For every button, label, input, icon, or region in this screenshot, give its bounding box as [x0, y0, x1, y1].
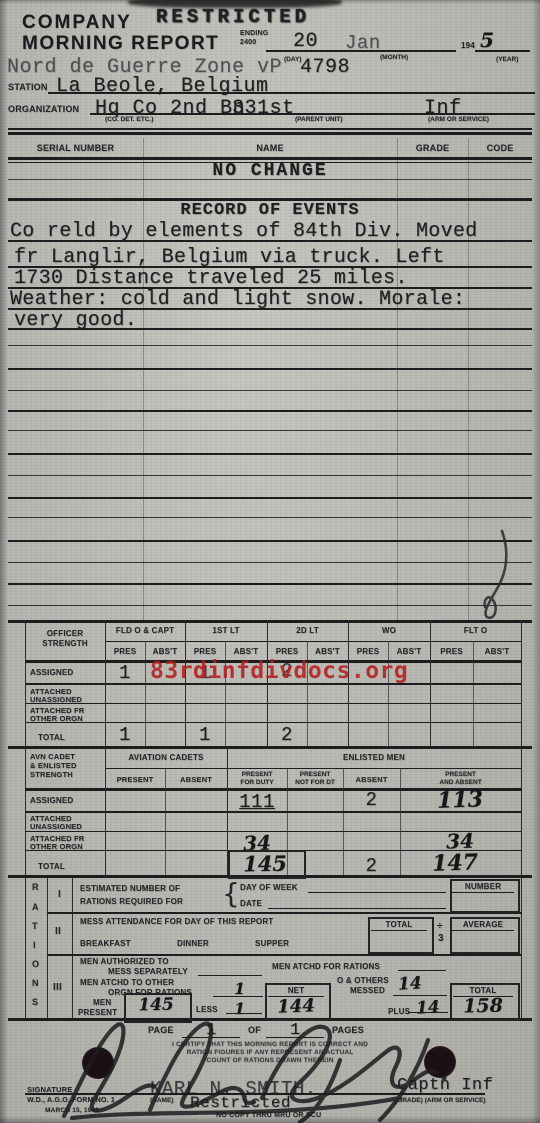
organization-parent: 331st: [232, 97, 295, 120]
ruled-line: [8, 430, 532, 431]
officer-table-top: [8, 620, 532, 623]
rations-letter-o: O: [32, 959, 39, 969]
officer-group-1stlt: 1ST LT: [185, 626, 267, 635]
ruled-line: [8, 390, 532, 391]
enlisted-total-pa: 147: [415, 849, 496, 878]
rations-letter-t: T: [32, 921, 38, 931]
col-code: CODE: [468, 143, 532, 153]
officer-row-attached-unassigned-2: UNASSIGNED: [30, 695, 82, 704]
officer-group-2dlt: 2D LT: [267, 626, 348, 635]
officer-pres-5: PRES: [430, 647, 473, 656]
organization-line: [90, 113, 535, 115]
rations-date: DATE: [240, 899, 262, 908]
men-present-1: MEN: [93, 998, 111, 1007]
edge-shadow-right: [532, 0, 540, 1123]
rations-letter-n: N: [32, 978, 39, 988]
record-rule-1: [8, 240, 532, 242]
enlisted-assigned-pa: 113: [420, 786, 501, 815]
enlisted-col-label: [105, 748, 106, 875]
oc-others-1: O & OTHERS: [337, 976, 389, 985]
date-blank: [268, 908, 446, 909]
ruled-line: [8, 540, 532, 542]
day-of-week-blank: [308, 892, 446, 893]
number-box-rule: [452, 892, 514, 893]
year-printed: 194: [461, 41, 475, 50]
men-authorized-1: MEN AUTHORIZED TO: [80, 957, 169, 966]
ruled-line: [8, 517, 532, 518]
enlisted-assigned-pfd: 111: [227, 791, 287, 813]
pen-squiggle-mark: [470, 525, 520, 625]
form-title-morning-report: MORNING REPORT: [22, 33, 219, 55]
rations-estimated-2: RATIONS REQUIRED FOR: [80, 897, 183, 906]
officer-abst-1: ABS'T: [145, 647, 185, 656]
officer-col: [225, 641, 226, 746]
arm-service-label: (ARM OR SERVICE): [428, 116, 489, 123]
net-box-label: NET: [265, 986, 327, 995]
site-watermark: 83rdinfdivdocs.org: [150, 658, 408, 684]
form-title-company: COMPANY: [22, 12, 132, 34]
officer-total-1stlt-pres: 1: [185, 724, 225, 746]
date-blank-line: [266, 50, 456, 52]
officer-col: [307, 641, 308, 746]
rations-letter-i: I: [33, 940, 36, 950]
record-of-events-title: RECORD OF EVENTS: [143, 201, 397, 220]
men-atchd-other-blank: [213, 996, 263, 997]
col-present-and-absent-2: AND ABSENT: [400, 779, 521, 786]
rations-col-numerals: [72, 878, 73, 1020]
mess-attendance-title: MESS ATTENDANCE FOR DAY OF THIS REPORT: [80, 917, 273, 926]
ruled-line: [8, 583, 532, 585]
ending-time: 2400: [240, 39, 256, 46]
enlisted-corner-3: STRENGTH: [30, 770, 73, 779]
officer-row-assigned: ASSIGNED: [30, 668, 73, 677]
officer-assigned-fld-pres: 1: [105, 662, 145, 684]
officer-subhdr-rule: [105, 641, 522, 642]
rations-roman-2: II: [55, 926, 61, 937]
officer-group-wo: WO: [348, 626, 430, 635]
men-atchd-other-1: MEN ATCHD TO OTHER: [80, 978, 174, 987]
officer-abst-5: ABS'T: [473, 647, 521, 656]
officer-group-flto: FLT O: [430, 626, 521, 635]
month-label: (MONTH): [380, 54, 408, 61]
edge-shadow-left: [0, 0, 8, 1123]
station-value: La Beole, Belgium: [56, 75, 269, 98]
ruled-line: [8, 497, 532, 499]
col-grade: GRADE: [397, 143, 468, 153]
restricted-stamp: RESTRICTED: [156, 6, 310, 28]
divide-by: 3: [438, 933, 444, 944]
officer-row-total: TOTAL: [38, 733, 65, 742]
rations-col-letters: [47, 878, 48, 1020]
col-enlisted-absent: ABSENT: [343, 775, 400, 784]
enlisted-assigned-absent: 2: [343, 789, 400, 811]
officer-row-rule-3: [25, 722, 522, 723]
organization-label: ORGANIZATION: [8, 104, 79, 114]
record-rule-5: [8, 328, 532, 330]
enlisted-row-total: TOTAL: [38, 862, 65, 871]
oc-others-2: MESSED: [350, 986, 385, 995]
average-box-rule: [452, 930, 514, 931]
officer-total-2dlt-pres: 2: [267, 724, 307, 746]
officer-strength-label-1: OFFICER: [25, 629, 105, 638]
officer-row-attached-other-2: OTHER ORGN: [30, 714, 83, 723]
officer-total-fld-pres: 1: [105, 724, 145, 746]
roster-divider-2: [397, 138, 398, 620]
breakfast-label: BREAKFAST: [80, 939, 131, 948]
roster-entry-rule: [8, 179, 532, 180]
officer-right-border: [521, 620, 522, 1020]
roster-divider-3: [468, 138, 469, 620]
enlisted-row-attached-unassigned-2: UNASSIGNED: [30, 822, 82, 831]
enlisted-total-absent: 2: [343, 855, 400, 877]
parent-unit-label: (PARENT UNIT): [295, 116, 343, 123]
dinner-label: DINNER: [177, 939, 209, 948]
oc-others-value: 14: [397, 973, 422, 994]
handwritten-signature: [0, 1010, 540, 1123]
col-present-not-for-duty-2: NOT FOR DT: [287, 779, 343, 786]
mess-total-label: TOTAL: [368, 920, 430, 929]
men-atchd-rations-blank: [398, 970, 446, 971]
supper-label: SUPPER: [255, 939, 289, 948]
men-atchd-rations: MEN ATCHD FOR RATIONS: [272, 962, 380, 971]
col-name: NAME: [143, 143, 397, 153]
officer-col-group: [430, 620, 431, 746]
officer-pres-3: PRES: [267, 647, 307, 656]
rations-rule-2: [47, 954, 522, 956]
enlisted-row-assigned: ASSIGNED: [30, 796, 73, 805]
officer-group-fld: FLD O & CAPT: [105, 626, 185, 635]
divide-sign: ÷: [437, 921, 443, 932]
station-label: STATION: [8, 82, 48, 92]
officer-col: [388, 641, 389, 746]
rations-estimated-1: ESTIMATED NUMBER OF: [80, 884, 180, 893]
co-det-label: (CO. DET. ETC.): [105, 116, 153, 123]
year-blank-line: [475, 50, 530, 52]
officer-abst-3: ABS'T: [307, 647, 348, 656]
ruled-line: [8, 453, 532, 455]
enlisted-men-header: ENLISTED MEN: [227, 753, 521, 762]
header-rule-2: [8, 132, 532, 135]
rations-letter-s: S: [32, 997, 38, 1007]
coordinates-number: 4798: [300, 56, 350, 79]
ruled-line: [8, 562, 532, 563]
officer-left-border: [25, 620, 26, 1020]
avn-col-absent: ABSENT: [165, 775, 227, 784]
enlisted-corner-1: AVN CADET: [30, 752, 75, 761]
ruled-line: [8, 345, 532, 346]
year-label: (YEAR): [496, 56, 518, 63]
enlisted-col: [165, 768, 166, 875]
ruled-line: [8, 605, 532, 606]
roster-header-rule-1: [8, 157, 532, 160]
avn-col-present: PRESENT: [105, 775, 165, 784]
rations-brace: {: [222, 877, 240, 910]
officer-row-rule-2: [25, 703, 522, 704]
officer-col: [473, 641, 474, 746]
ending-label: ENDING: [240, 30, 268, 37]
aviation-cadets-header: AVIATION CADETS: [105, 753, 227, 762]
oc-others-blank: [393, 995, 447, 996]
officer-pres-4: PRES: [348, 647, 388, 656]
rations-roman-1: I: [58, 889, 61, 900]
enlisted-total-pfd: 145: [228, 850, 302, 876]
officer-abst-4: ABS'T: [388, 647, 430, 656]
col-present-not-for-duty-1: PRESENT: [287, 771, 343, 778]
officer-strength-label-2: STRENGTH: [25, 639, 105, 648]
rations-letter-a: A: [32, 902, 39, 912]
mess-total-rule: [371, 930, 427, 931]
morning-report-document: RESTRICTED COMPANY MORNING REPORT ENDING…: [0, 0, 540, 1123]
header-rule-1: [8, 128, 532, 130]
officer-pres-1: PRES: [105, 647, 145, 656]
rations-roman-3: III: [53, 982, 62, 993]
officer-abst-2: ABS'T: [225, 647, 267, 656]
number-box-label: NUMBER: [450, 882, 516, 891]
year-written-value: 5: [480, 28, 494, 52]
ruled-line: [8, 410, 532, 412]
station-line: [48, 92, 535, 94]
enlisted-hdr-rule: [105, 768, 522, 769]
enlisted-corner-2: & ENLISTED: [30, 761, 77, 770]
day-label: (DAY): [284, 56, 301, 63]
officer-table-bottom: [8, 746, 532, 749]
col-present-for-duty-2: FOR DUTY: [227, 779, 287, 786]
average-box-label: AVERAGE: [450, 920, 516, 929]
officer-pres-2: PRES: [185, 647, 225, 656]
col-serial-number: SERIAL NUMBER: [8, 143, 143, 153]
men-authorized-2: MESS SEPARATELY: [108, 967, 188, 976]
officer-col: [145, 641, 146, 746]
roster-entry-no-change: NO CHANGE: [143, 161, 397, 181]
enlisted-row-attached-other-2: OTHER ORGN: [30, 842, 83, 851]
mess-separately-blank: [198, 975, 262, 976]
rations-day-of-week: DAY OF WEEK: [240, 883, 298, 892]
col-present-for-duty-1: PRESENT: [227, 771, 287, 778]
ruled-line: [8, 475, 532, 476]
col-present-and-absent-1: PRESENT: [400, 771, 521, 778]
ruled-line: [8, 368, 532, 370]
rations-letter-r: R: [32, 882, 39, 892]
